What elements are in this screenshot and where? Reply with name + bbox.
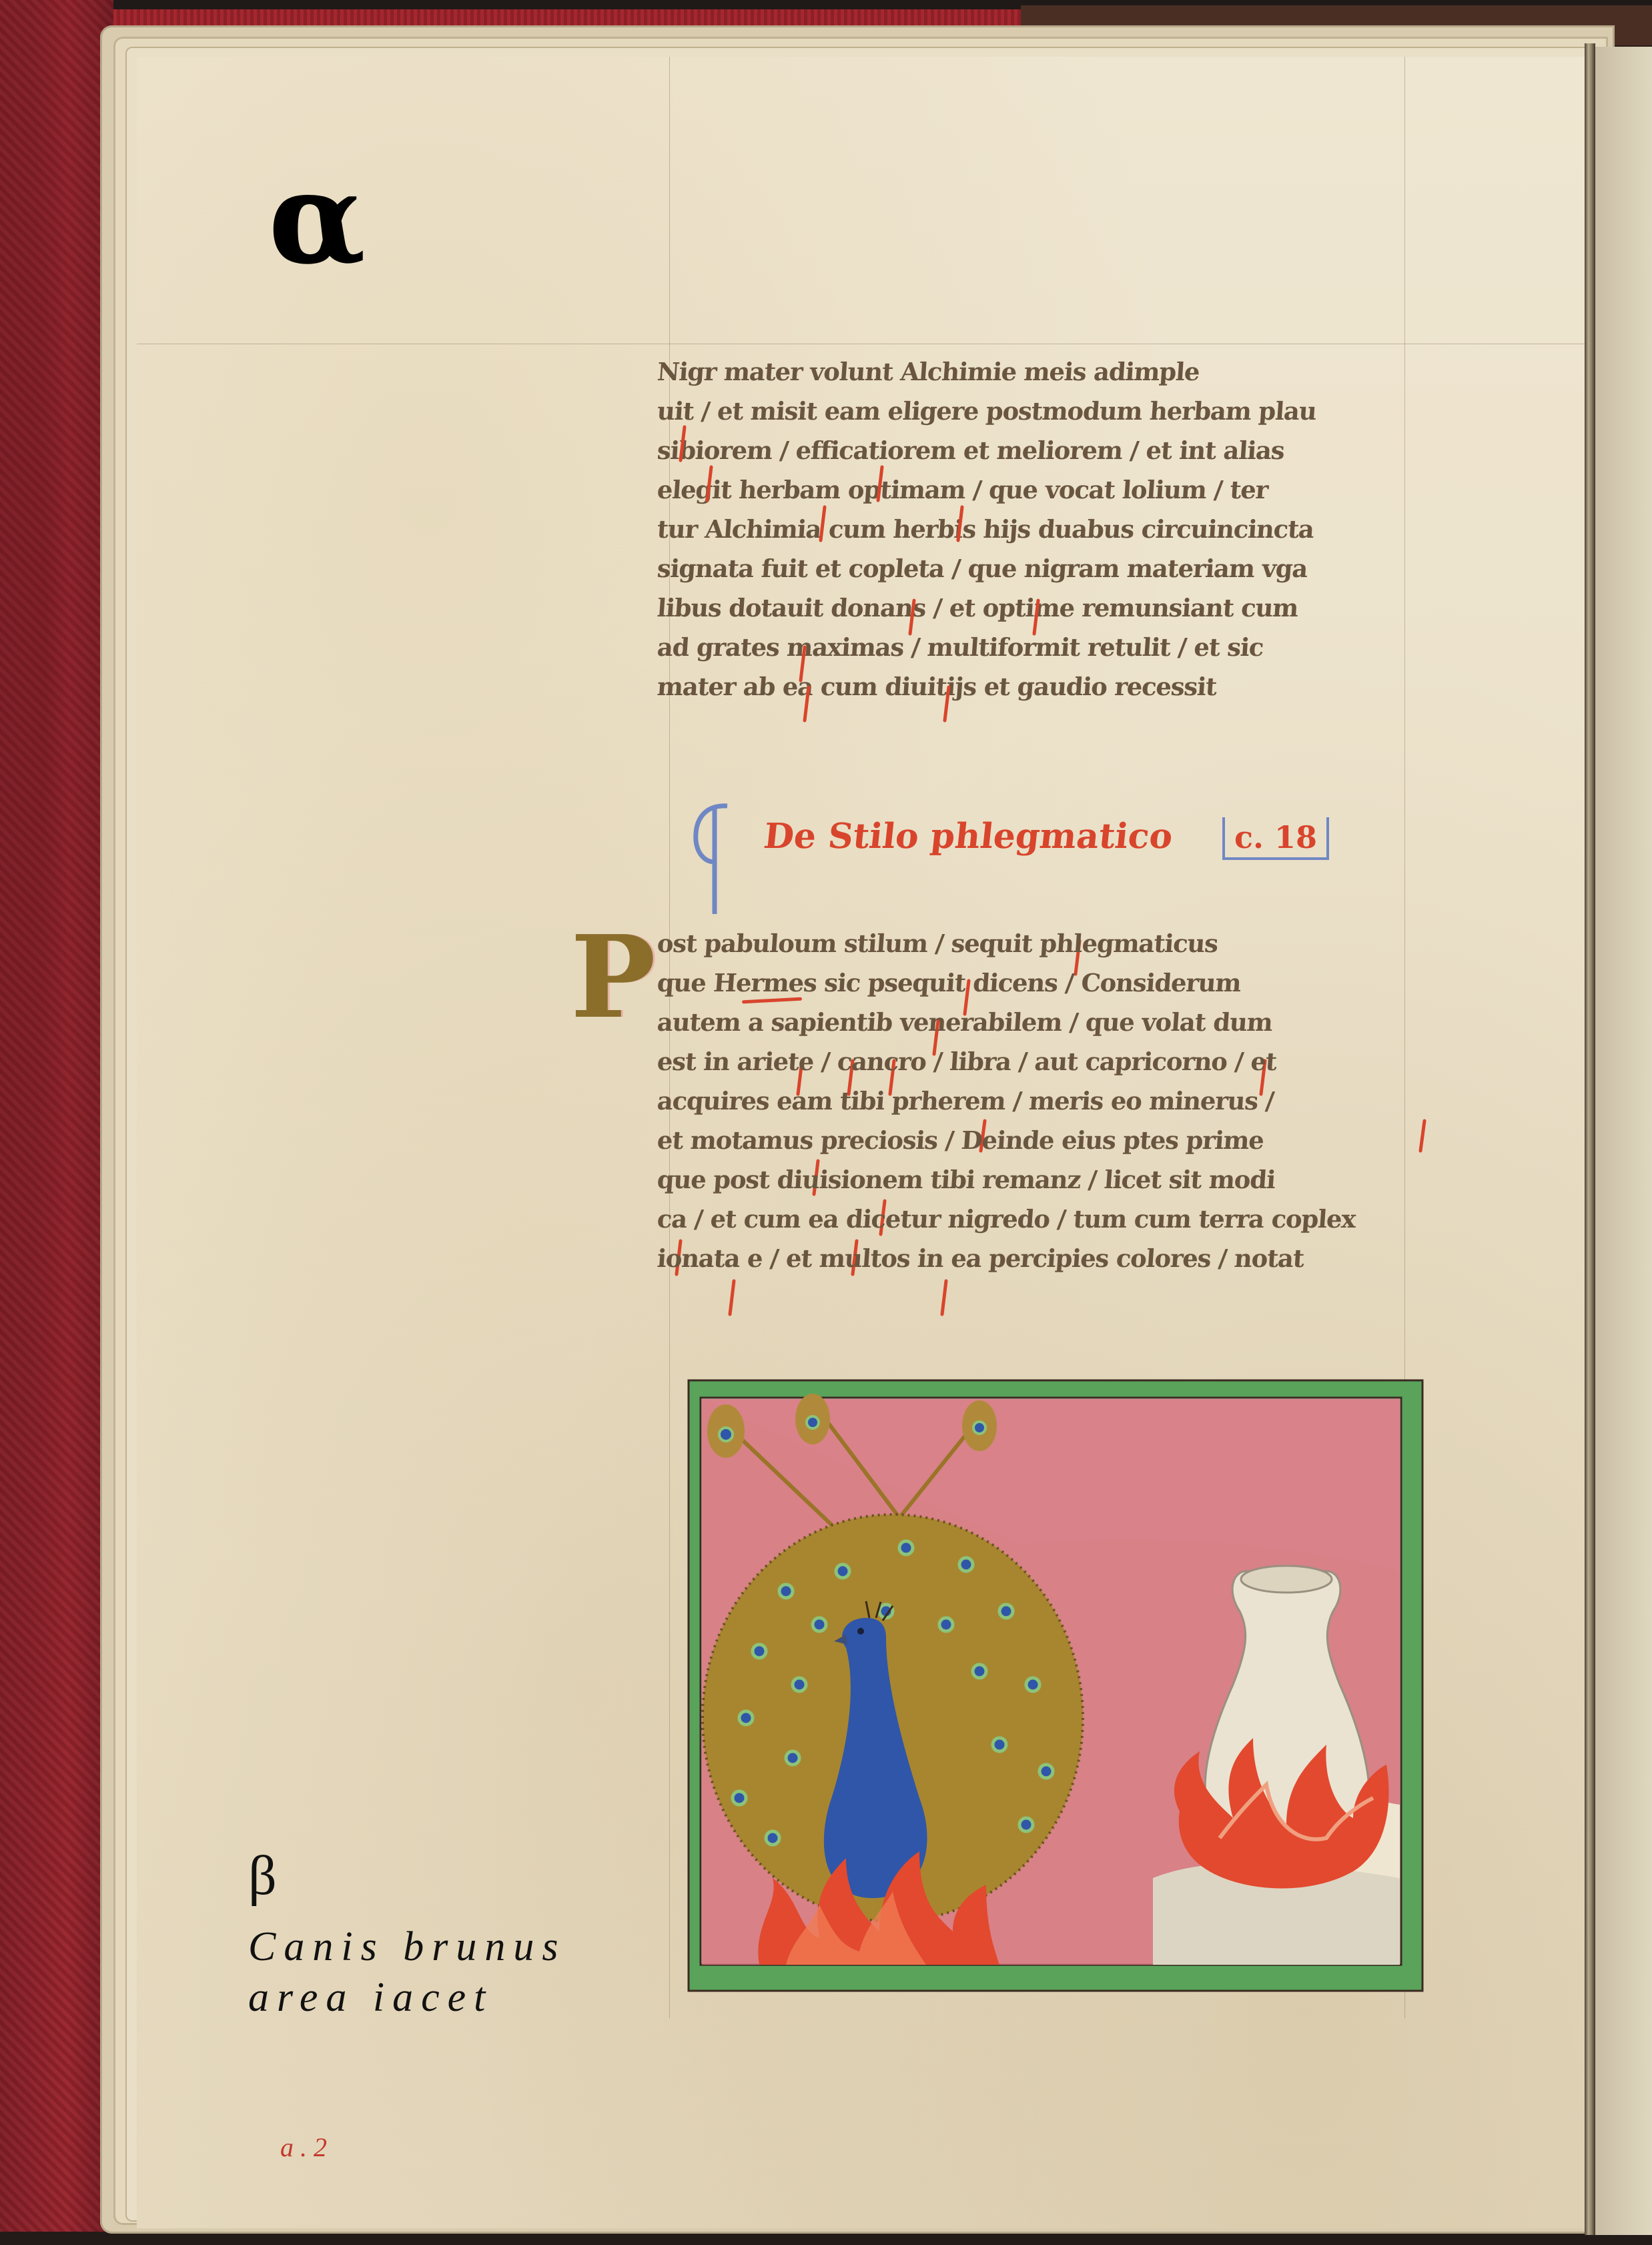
- heading-title: De Stilo phlegmatico: [762, 816, 1175, 857]
- text-line: que Hermes sic psequit dicens / Consider…: [656, 963, 1426, 1003]
- chapter-heading: De Stilo phlegmatico c. 18: [694, 811, 1361, 871]
- text-line: autem a sapientib venerabilem / que vola…: [656, 1003, 1426, 1042]
- text-line: ionata e / et multos in ea percipies col…: [656, 1239, 1426, 1278]
- text-line: ca / et cum ea dicetur nigredo / tum cum…: [656, 1200, 1426, 1239]
- text-line: et motamus preciosis / Deinde eius ptes …: [656, 1121, 1426, 1160]
- chapter-number: c. 18: [1234, 819, 1317, 855]
- text-line: que post diuisionem tibi remanz / licet …: [656, 1160, 1426, 1200]
- peacock-illumination: [686, 1371, 1425, 1995]
- text-line: ost pabuloum stilum / sequit phlegmaticu…: [656, 924, 1426, 963]
- text-line: acquires eam tibi prherem / meris eo min…: [656, 1081, 1426, 1121]
- text-line: est in ariete / cancro / libra / aut cap…: [656, 1042, 1426, 1081]
- chapter-number-bracket: c. 18: [1222, 817, 1329, 860]
- text-block-second: ost pabuloum stilum / sequit phlegmaticu…: [657, 924, 1424, 1278]
- decorated-initial: P: [570, 921, 656, 1034]
